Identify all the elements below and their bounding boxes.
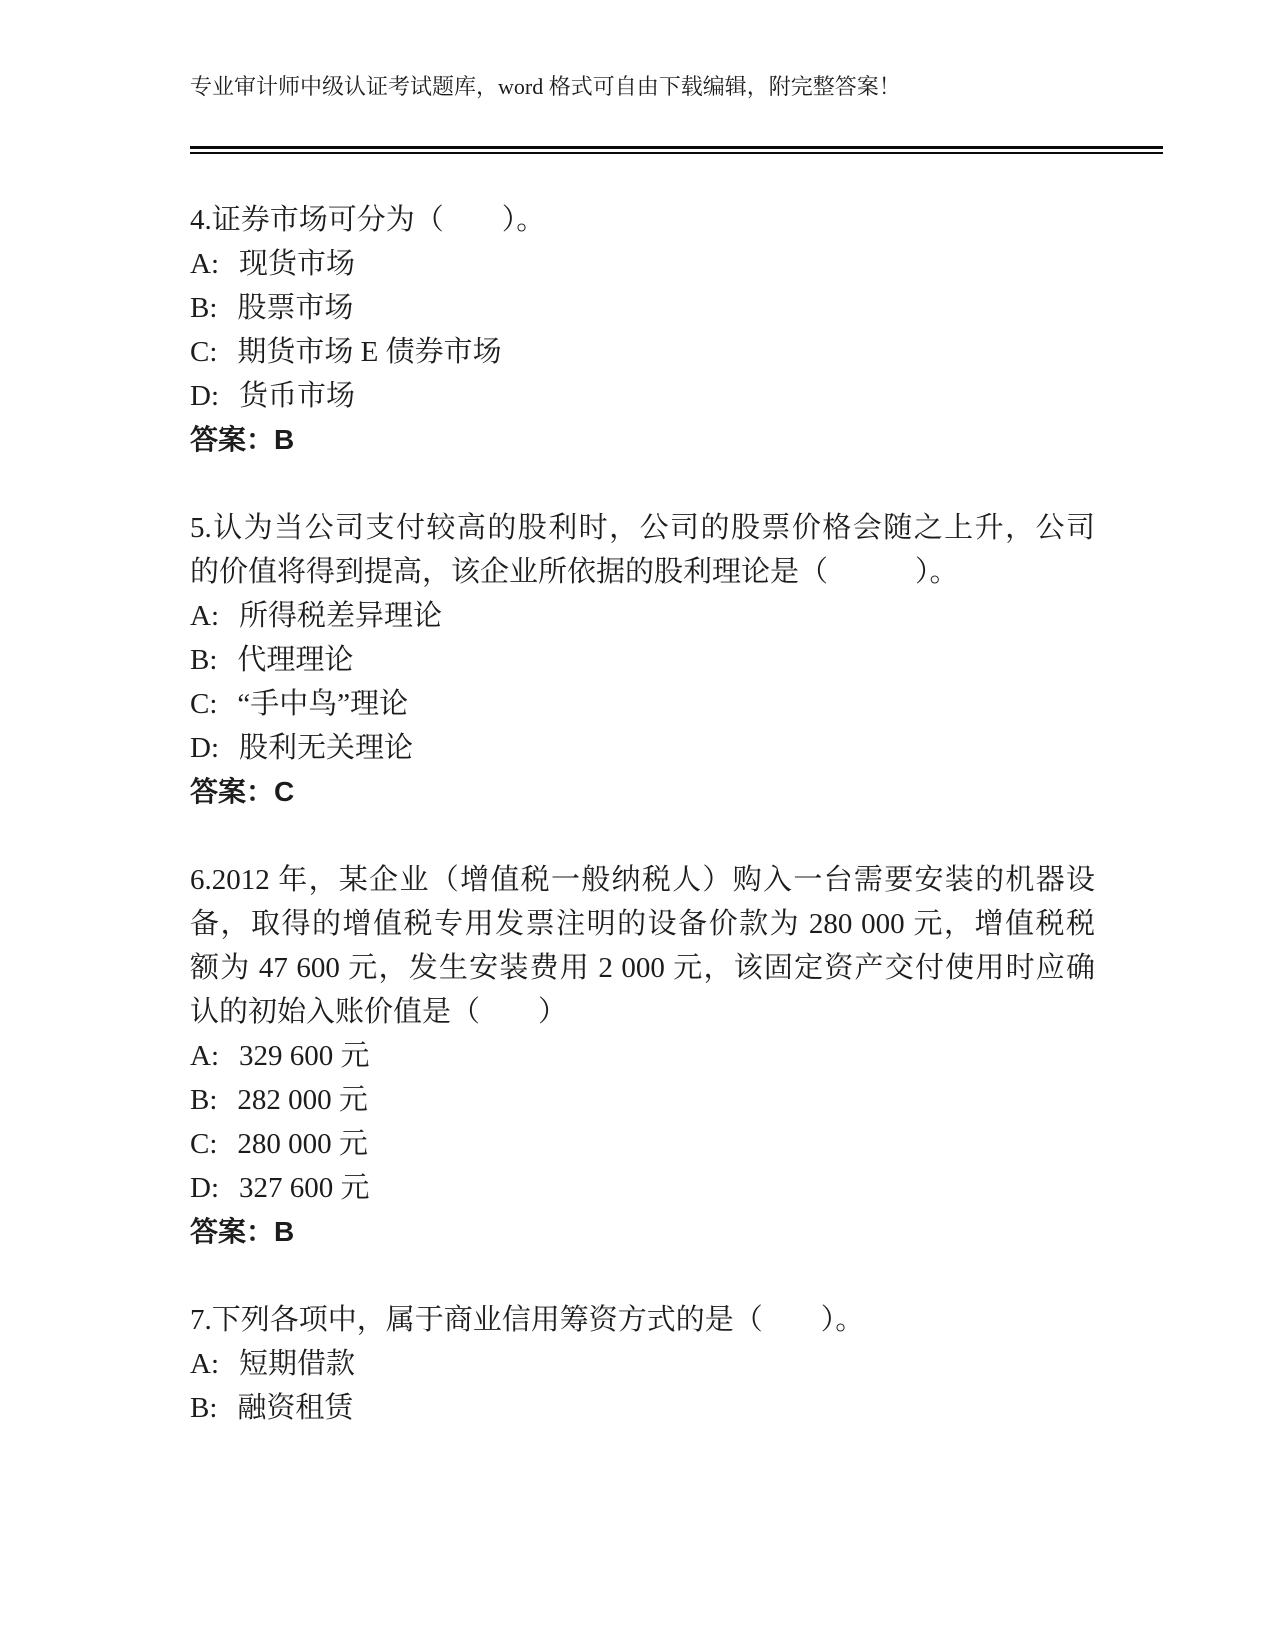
question-stem-line: 5.认为当公司支付较高的股利时，公司的股票价格会随之上升，公司 bbox=[190, 506, 1095, 550]
document-page: 专业审计师中级认证考试题库，word 格式可自由下载编辑，附完整答案！ 4.证券… bbox=[0, 0, 1275, 1650]
option-text: 融资租赁 bbox=[237, 1392, 353, 1424]
option-label: B: bbox=[190, 1386, 217, 1430]
option-line: A:短期借款 bbox=[190, 1342, 1095, 1386]
option-line: A:所得税差异理论 bbox=[190, 594, 1095, 638]
question-block: 7.下列各项中，属于商业信用筹资方式的是（ ）。A:短期借款B:融资租赁 bbox=[190, 1298, 1095, 1430]
header-divider-line bbox=[190, 146, 1163, 154]
option-text: 股票市场 bbox=[237, 292, 353, 324]
option-text: 280 000 元 bbox=[237, 1128, 368, 1160]
option-text: 货币市场 bbox=[239, 380, 355, 412]
option-line: A:现货市场 bbox=[190, 242, 1095, 286]
option-line: C:期货市场 E 债券市场 bbox=[190, 330, 1095, 374]
question-stem-line: 4.证券市场可分为（ ）。 bbox=[190, 198, 1095, 242]
question-block: 6.2012 年，某企业（增值税一般纳税人）购入一台需要安装的机器设备，取得的增… bbox=[190, 858, 1095, 1254]
option-label: D: bbox=[190, 1166, 219, 1210]
option-text: 所得税差异理论 bbox=[239, 600, 442, 632]
option-line: B:股票市场 bbox=[190, 286, 1095, 330]
option-label: A: bbox=[190, 1342, 219, 1386]
answer-line: 答案：B bbox=[190, 1210, 1095, 1254]
option-text: 329 600 元 bbox=[239, 1040, 370, 1072]
answer-line: 答案：C bbox=[190, 770, 1095, 814]
option-line: B:282 000 元 bbox=[190, 1078, 1095, 1122]
option-text: 股利无关理论 bbox=[239, 732, 413, 764]
option-label: A: bbox=[190, 242, 219, 286]
option-line: D:股利无关理论 bbox=[190, 726, 1095, 770]
option-line: A:329 600 元 bbox=[190, 1034, 1095, 1078]
questions-container: 4.证券市场可分为（ ）。A:现货市场B:股票市场C:期货市场 E 债券市场D:… bbox=[190, 198, 1095, 1430]
option-label: B: bbox=[190, 1078, 217, 1122]
option-line: D:货币市场 bbox=[190, 374, 1095, 418]
question-stem-line: 6.2012 年，某企业（增值税一般纳税人）购入一台需要安装的机器设 bbox=[190, 858, 1095, 902]
question-stem-line: 7.下列各项中，属于商业信用筹资方式的是（ ）。 bbox=[190, 1298, 1095, 1342]
option-label: C: bbox=[190, 330, 217, 374]
question-stem-line: 备，取得的增值税专用发票注明的设备价款为 280 000 元，增值税税 bbox=[190, 902, 1095, 946]
option-text: “手中鸟”理论 bbox=[237, 688, 408, 720]
document-header-text: 专业审计师中级认证考试题库，word 格式可自由下载编辑，附完整答案！ bbox=[190, 0, 1163, 100]
question-block: 5.认为当公司支付较高的股利时，公司的股票价格会随之上升，公司的价值将得到提高，… bbox=[190, 506, 1095, 814]
option-line: C:280 000 元 bbox=[190, 1122, 1095, 1166]
option-line: B:代理理论 bbox=[190, 638, 1095, 682]
option-text: 282 000 元 bbox=[237, 1084, 368, 1116]
question-stem-line: 额为 47 600 元，发生安装费用 2 000 元，该固定资产交付使用时应确 bbox=[190, 946, 1095, 990]
option-label: A: bbox=[190, 594, 219, 638]
option-label: B: bbox=[190, 286, 217, 330]
option-text: 现货市场 bbox=[239, 248, 355, 280]
option-line: C:“手中鸟”理论 bbox=[190, 682, 1095, 726]
question-stem-line: 认的初始入账价值是（ ） bbox=[190, 990, 1095, 1034]
question-stem-line: 的价值将得到提高，该企业所依据的股利理论是（ ）。 bbox=[190, 550, 1095, 594]
option-label: A: bbox=[190, 1034, 219, 1078]
option-line: B:融资租赁 bbox=[190, 1386, 1095, 1430]
option-label: C: bbox=[190, 1122, 217, 1166]
answer-line: 答案：B bbox=[190, 418, 1095, 462]
option-label: D: bbox=[190, 726, 219, 770]
option-line: D:327 600 元 bbox=[190, 1166, 1095, 1210]
option-label: B: bbox=[190, 638, 217, 682]
option-text: 期货市场 E 债券市场 bbox=[237, 336, 501, 368]
option-label: D: bbox=[190, 374, 219, 418]
question-block: 4.证券市场可分为（ ）。A:现货市场B:股票市场C:期货市场 E 债券市场D:… bbox=[190, 198, 1095, 462]
option-text: 代理理论 bbox=[237, 644, 353, 676]
option-text: 短期借款 bbox=[239, 1348, 355, 1380]
option-text: 327 600 元 bbox=[239, 1172, 370, 1204]
option-label: C: bbox=[190, 682, 217, 726]
